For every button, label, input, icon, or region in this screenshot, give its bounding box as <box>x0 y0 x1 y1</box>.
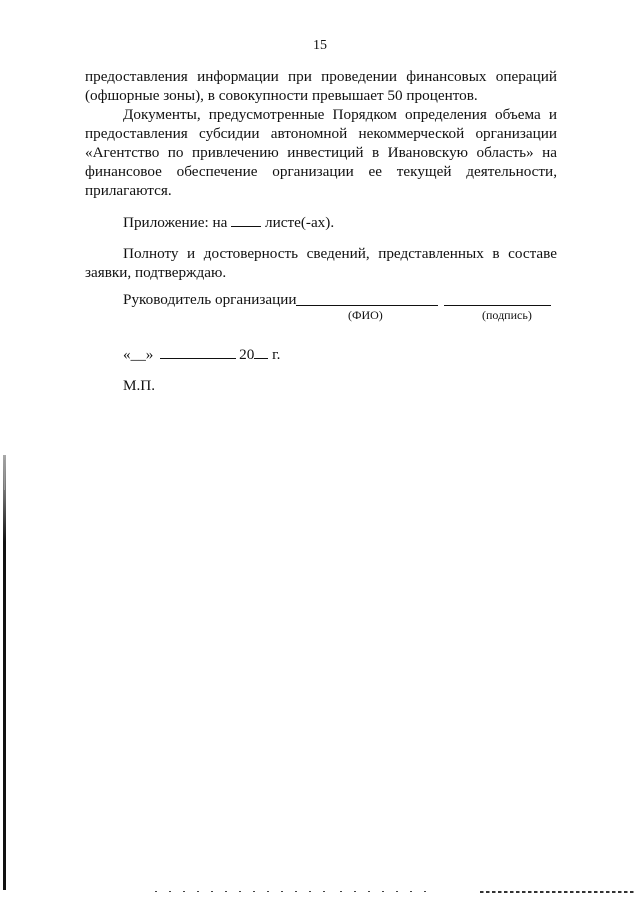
confirmation-line-2: заявки, подтверждаю. <box>85 263 557 282</box>
confirmation-line-1: Полноту и достоверность сведений, предст… <box>123 244 557 263</box>
paragraph-1-line-2: (офшорные зоны), в совокупности превышае… <box>85 86 557 105</box>
attachment-line: Приложение: на листе(-ах). <box>123 213 557 232</box>
signature-blank-line <box>444 305 551 306</box>
paragraph-2-line-5: прилагаются. <box>85 181 557 200</box>
page-number: 15 <box>0 38 640 54</box>
scan-edge-artifact <box>3 455 6 890</box>
signature-label: Руководитель организации <box>123 290 297 309</box>
signature-caption: (подпись) <box>482 308 532 322</box>
date-year-blank <box>254 345 268 359</box>
scan-edge-artifact-light <box>4 460 5 490</box>
name-caption: (ФИО) <box>348 308 383 322</box>
paragraph-2-line-2: предоставления субсидии автономной неком… <box>85 124 557 143</box>
attachment-suffix: листе(-ах). <box>265 214 334 231</box>
date-year-prefix: 20 <box>239 346 254 363</box>
paragraph-2-line-3: «Агентство по привлечению инвестиций в И… <box>85 143 557 162</box>
paragraph-2-line-4: финансовое обеспечение организации ее те… <box>85 162 557 181</box>
name-blank-line <box>296 305 438 306</box>
date-month-blank <box>160 345 236 359</box>
paragraph-1-line-1: предоставления информации при проведении… <box>85 67 557 86</box>
stamp-label: М.П. <box>123 376 557 395</box>
attachment-sheets-blank <box>231 213 261 227</box>
date-year-suffix: г. <box>272 346 280 363</box>
date-day: «__» <box>123 346 153 363</box>
scan-noise-artifact <box>155 891 325 892</box>
date-line: «__» 20 г. <box>123 345 557 364</box>
scan-noise-artifact <box>340 891 430 892</box>
scan-noise-artifact-dense <box>480 891 635 893</box>
attachment-prefix: Приложение: на <box>123 214 227 231</box>
paragraph-2-line-1: Документы, предусмотренные Порядком опре… <box>123 105 557 124</box>
